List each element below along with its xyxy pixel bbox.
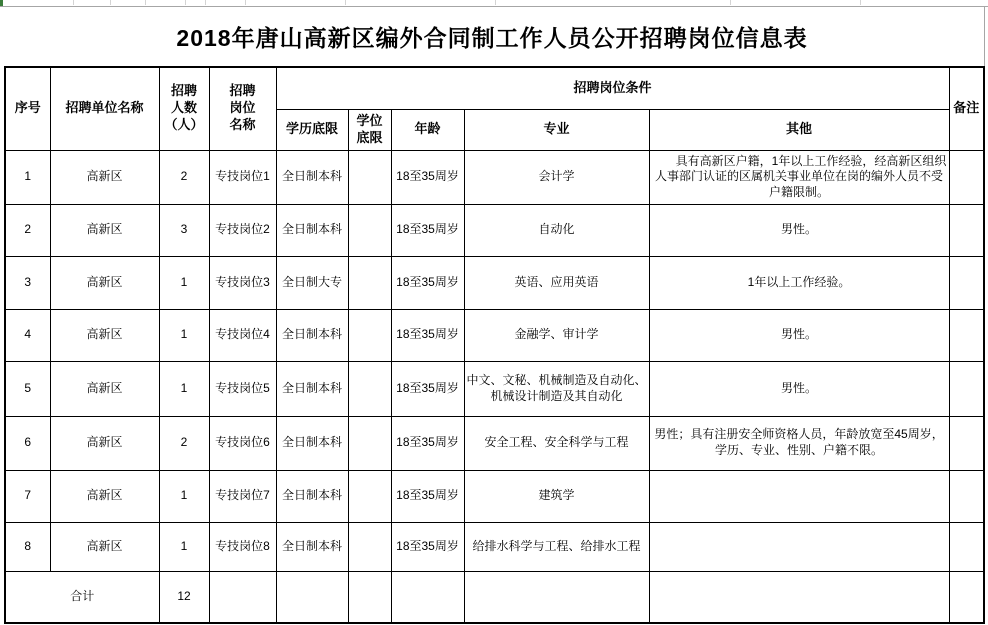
gridline-tick — [860, 0, 861, 5]
cell-major: 建筑学 — [464, 470, 649, 522]
cell-note — [949, 416, 984, 470]
cell-other: 男性。 — [649, 309, 949, 361]
cell-degree — [348, 470, 391, 522]
cell-age: 18至35周岁 — [391, 204, 464, 256]
cell-degree — [348, 416, 391, 470]
cell-major: 英语、应用英语 — [464, 256, 649, 309]
cell-count: 1 — [159, 309, 209, 361]
cell-note — [949, 204, 984, 256]
gridline-tick — [730, 0, 731, 5]
cell-count: 1 — [159, 256, 209, 309]
gridline-tick — [145, 0, 146, 5]
table-row: 2 高新区 3 专技岗位2 全日制本科 18至35周岁 自动化 男性。 — [5, 204, 984, 256]
cell-edu: 全日制本科 — [276, 416, 348, 470]
cell-note — [949, 470, 984, 522]
col-header-count: 招聘 人数 （人） — [159, 67, 209, 150]
gridline-tick — [205, 0, 206, 5]
gridline-tick — [110, 0, 111, 5]
cell-age: 18至35周岁 — [391, 522, 464, 571]
cell-age: 18至35周岁 — [391, 470, 464, 522]
col-header-edu: 学历底限 — [276, 109, 348, 150]
cell-edu: 全日制本科 — [276, 309, 348, 361]
cell-note — [949, 522, 984, 571]
total-label: 合计 — [5, 571, 159, 623]
cell-post: 专技岗位6 — [209, 416, 276, 470]
col-header-degree: 学位 底限 — [348, 109, 391, 150]
cell-note — [949, 309, 984, 361]
table-row: 1 高新区 2 专技岗位1 全日制本科 18至35周岁 会计学 具有高新区户籍，… — [5, 150, 984, 204]
cell-edu: 全日制本科 — [276, 150, 348, 204]
cell-post: 专技岗位1 — [209, 150, 276, 204]
gridline-tick — [345, 0, 346, 5]
cell-count: 3 — [159, 204, 209, 256]
cell-count: 2 — [159, 150, 209, 204]
col-header-major: 专业 — [464, 109, 649, 150]
table-row: 5 高新区 1 专技岗位5 全日制本科 18至35周岁 中文、文秘、机械制造及自… — [5, 361, 984, 416]
cell-empty — [209, 571, 276, 623]
cell-empty — [464, 571, 649, 623]
table-row: 3 高新区 1 专技岗位3 全日制大专 18至35周岁 英语、应用英语 1年以上… — [5, 256, 984, 309]
cell-other — [649, 470, 949, 522]
cell-note — [949, 150, 984, 204]
cell-edu: 全日制本科 — [276, 470, 348, 522]
cell-count: 1 — [159, 470, 209, 522]
table-row: 8 高新区 1 专技岗位8 全日制本科 18至35周岁 给排水科学与工程、给排水… — [5, 522, 984, 571]
cell-post: 专技岗位4 — [209, 309, 276, 361]
cell-unit: 高新区 — [50, 204, 159, 256]
cell-empty — [276, 571, 348, 623]
cell-major: 金融学、审计学 — [464, 309, 649, 361]
cell-major: 自动化 — [464, 204, 649, 256]
cell-age: 18至35周岁 — [391, 416, 464, 470]
cell-note — [949, 361, 984, 416]
col-header-no: 序号 — [5, 67, 50, 150]
cell-edu: 全日制本科 — [276, 361, 348, 416]
table-row: 4 高新区 1 专技岗位4 全日制本科 18至35周岁 金融学、审计学 男性。 — [5, 309, 984, 361]
cell-no: 7 — [5, 470, 50, 522]
cell-age: 18至35周岁 — [391, 361, 464, 416]
gridline-tick — [495, 0, 496, 5]
cell-no: 8 — [5, 522, 50, 571]
page-title: 2018年唐山高新区编外合同制工作人员公开招聘岗位信息表 — [176, 20, 807, 53]
col-header-age: 年龄 — [391, 109, 464, 150]
total-count: 12 — [159, 571, 209, 623]
cell-other: 具有高新区户籍，1年以上工作经验，经高新区组织人事部门认证的区属机关事业单位在岗… — [649, 150, 949, 204]
cell-unit: 高新区 — [50, 470, 159, 522]
cell-empty — [348, 571, 391, 623]
cell-degree — [348, 204, 391, 256]
cell-no: 2 — [5, 204, 50, 256]
cell-edu: 全日制本科 — [276, 204, 348, 256]
table-title-row: 2018年唐山高新区编外合同制工作人员公开招聘岗位信息表 — [0, 7, 985, 66]
col-header-note: 备注 — [949, 67, 984, 150]
cell-empty — [391, 571, 464, 623]
cell-major: 会计学 — [464, 150, 649, 204]
cell-note — [949, 256, 984, 309]
excel-corner-mark — [0, 0, 3, 6]
cell-other: 男性。 — [649, 361, 949, 416]
cell-no: 4 — [5, 309, 50, 361]
cell-edu: 全日制本科 — [276, 522, 348, 571]
cell-unit: 高新区 — [50, 416, 159, 470]
cell-post: 专技岗位7 — [209, 470, 276, 522]
cell-other: 1年以上工作经验。 — [649, 256, 949, 309]
cell-degree — [348, 522, 391, 571]
cell-no: 6 — [5, 416, 50, 470]
col-header-other: 其他 — [649, 109, 949, 150]
cell-no: 1 — [5, 150, 50, 204]
cell-no: 5 — [5, 361, 50, 416]
cell-empty — [949, 571, 984, 623]
cell-age: 18至35周岁 — [391, 309, 464, 361]
cell-major: 中文、文秘、机械制造及自动化、 机械设计制造及其自动化 — [464, 361, 649, 416]
cell-age: 18至35周岁 — [391, 256, 464, 309]
gridline-tick — [73, 0, 74, 5]
col-header-unit: 招聘单位名称 — [50, 67, 159, 150]
excel-gridline-strip — [0, 0, 988, 7]
cell-degree — [348, 361, 391, 416]
cell-edu: 全日制大专 — [276, 256, 348, 309]
cell-count: 2 — [159, 416, 209, 470]
total-row: 合计 12 — [5, 571, 984, 623]
cell-empty — [649, 571, 949, 623]
header-row-1: 序号 招聘单位名称 招聘 人数 （人） 招聘 岗位 名称 招聘岗位条件 备注 — [5, 67, 984, 109]
cell-major: 给排水科学与工程、给排水工程 — [464, 522, 649, 571]
cell-unit: 高新区 — [50, 309, 159, 361]
cell-unit: 高新区 — [50, 256, 159, 309]
cell-other: 男性。 — [649, 204, 949, 256]
recruitment-table: 序号 招聘单位名称 招聘 人数 （人） 招聘 岗位 名称 招聘岗位条件 备注 学… — [4, 66, 985, 624]
cell-no: 3 — [5, 256, 50, 309]
gridline-tick — [185, 0, 186, 5]
cell-unit: 高新区 — [50, 150, 159, 204]
cell-other — [649, 522, 949, 571]
cell-unit: 高新区 — [50, 361, 159, 416]
gridline-tick — [245, 0, 246, 5]
cell-post: 专技岗位3 — [209, 256, 276, 309]
col-header-conditions: 招聘岗位条件 — [276, 67, 949, 109]
cell-other: 男性；具有注册安全师资格人员，年龄放宽至45周岁，学历、专业、性别、户籍不限。 — [649, 416, 949, 470]
cell-degree — [348, 256, 391, 309]
cell-post: 专技岗位8 — [209, 522, 276, 571]
cell-major: 安全工程、安全科学与工程 — [464, 416, 649, 470]
cell-degree — [348, 309, 391, 361]
col-header-post: 招聘 岗位 名称 — [209, 67, 276, 150]
cell-degree — [348, 150, 391, 204]
cell-post: 专技岗位5 — [209, 361, 276, 416]
cell-age: 18至35周岁 — [391, 150, 464, 204]
cell-unit: 高新区 — [50, 522, 159, 571]
table-row: 7 高新区 1 专技岗位7 全日制本科 18至35周岁 建筑学 — [5, 470, 984, 522]
cell-post: 专技岗位2 — [209, 204, 276, 256]
table-row: 6 高新区 2 专技岗位6 全日制本科 18至35周岁 安全工程、安全科学与工程… — [5, 416, 984, 470]
cell-count: 1 — [159, 522, 209, 571]
cell-count: 1 — [159, 361, 209, 416]
